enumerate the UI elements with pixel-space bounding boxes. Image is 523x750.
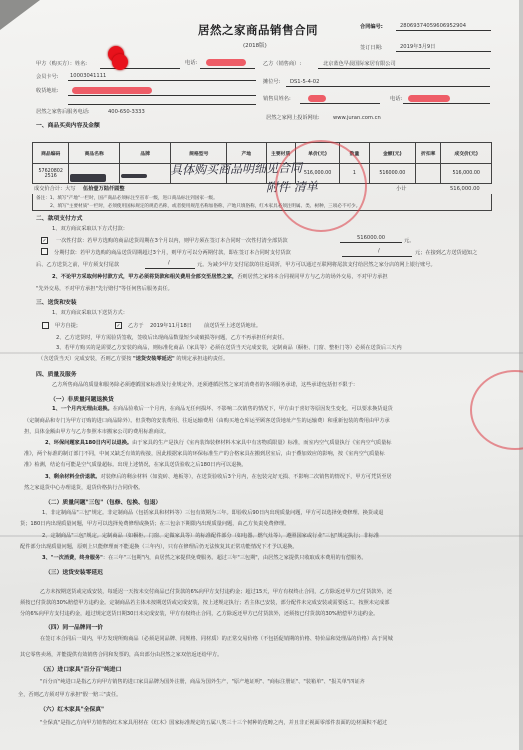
zero-delay-policy: "送货安装零延迟" — [133, 356, 175, 362]
delivery-tail: 前送货至上述送货地址。 — [204, 323, 261, 330]
sign-date-label: 签订日期: — [360, 45, 383, 52]
redaction-mark — [72, 87, 152, 94]
party-a-phone-label: 电话: — [185, 60, 197, 67]
cell-deal-price: 516,000.00 — [441, 164, 492, 184]
paper-fold — [0, 0, 40, 30]
sub1-2-line2: 准》，两个标准的制订部门不同，中间又缺乏有效的衔接，因此根据家具的环保标准生产的… — [24, 451, 385, 458]
sub4-line2: 其它零售卖场，并能提供有效销售合同和发票的，高出部分由居然之家双倍返还给甲方。 — [20, 652, 222, 659]
complaint-url-label: 居然之家网上投诉网址: — [266, 115, 320, 122]
member-card-label: 会员卡号: — [36, 74, 59, 81]
sub1-2-title: 2、环保问题家具180日内可以退换。 — [45, 440, 132, 446]
sub-heading-4: （四）同一品牌同一价 — [45, 622, 103, 631]
party-b-name: 北京蓝色早晨国际家居有限公司 — [323, 61, 396, 68]
note-1: 备注：1、填写"产地"一栏时，国产商品必须标注至省市一级，进口商品标注到国家一级… — [36, 195, 218, 202]
col-header: 商品编码 — [33, 143, 69, 164]
underline — [396, 30, 491, 31]
sub1-2-text: 由于家具的生产是执行《室内装饰装修材料木家具中有害物质限量》标准，而室内空气质量… — [132, 440, 391, 446]
sub2-3-title: 3、"一次消费，终身服务" — [42, 555, 103, 561]
redaction-mark — [408, 95, 450, 102]
redaction-mark — [308, 95, 326, 102]
cell-name — [69, 164, 120, 184]
underline — [68, 80, 256, 81]
installment-line2-tail: 元。为减少甲方支付尾款的往返周折，甲方可以通过互联网将尾款支付给居然之家分店的网… — [197, 262, 436, 269]
booth-no: DS1-5-4-02 — [290, 79, 319, 86]
cell-code: 57620802 2516 — [33, 164, 69, 184]
sub4-text: 在签订本合同后一周内，甲方发现所购商品（必须是同品牌、同规格、同材质）的正常交易… — [40, 636, 393, 643]
contract-title: 居然之家商品销售合同 — [198, 22, 318, 38]
col-header: 商品名称 — [69, 143, 120, 164]
sub1-3-title: 3、剩余材料全价退款。 — [45, 474, 101, 480]
underline — [100, 68, 180, 69]
contract-no-label: 合同编号: — [360, 24, 383, 31]
installment-payment-checkbox[interactable] — [41, 248, 48, 255]
delivery-rule-3: 3、若甲方购买的是需要乙方安装的商品，则标准化商品（家具等）必须在送货当天完成安… — [56, 345, 402, 352]
sub2-2: 2、定制商品"三包"规定。定制商品（如橱柜、门窗、定做家具等）的标准配件部分（如… — [42, 533, 379, 540]
col-header: 成交价(元) — [441, 143, 492, 164]
sub6-text: "全保真"是指乙方向甲方销售的红木家具用材在《红木》国家标准规定的五属八类三十三… — [40, 720, 387, 727]
installment-line2: 后、乙方送货之前，甲方须支付尾款 — [36, 262, 119, 269]
underline — [342, 256, 412, 257]
col-header: 品牌 — [119, 143, 171, 164]
quality-intro: 乙方所售商品的质量和服务除必须遵循国家标准及行业规定外，还须遵循居然之家对消费者… — [52, 382, 358, 389]
seller-phone-label: 电话: — [390, 96, 402, 103]
booth-label: 摊位号: — [263, 79, 280, 86]
one-time-payment-amount: 516000.00 — [357, 235, 385, 242]
delivery-rule-2: 2、乙方送货时，甲方需验货签收，签收后出现商品数量短少或破损等问题，乙方不再承担… — [56, 335, 288, 342]
sub2-2-line2: 配件部分出现质量问题，原则上只能修理而不能退换（三年内），只有在修理后仍无法恢复… — [20, 544, 298, 551]
sub1-1-line2: （定制商品和专门为甲方订购的进口商品除外）。但货物的安装费用、往返运输费用（由购… — [24, 418, 390, 425]
service-phone-label: 居然之家售后服务电话: — [36, 109, 90, 116]
cell-brand — [119, 164, 171, 184]
installment-amount: / — [378, 248, 380, 255]
party-b-label: 乙方（销售商）: — [263, 61, 301, 68]
col-header: 金额(元) — [369, 143, 416, 164]
sub5-text: "百分百"纯进口是指乙方向甲方销售的进口家具品牌为国外注册，商品为国外生产，"原… — [40, 679, 365, 686]
sub-heading-3: （三）送货安装零延迟 — [45, 567, 103, 576]
cell-discount — [416, 164, 441, 184]
member-card-no: 10003041111 — [70, 73, 106, 80]
self-pickup-label: 甲方自提； — [55, 323, 81, 330]
subtotal-value: 516,000.00 — [450, 186, 480, 193]
sub1-3-line2: 然之家退货中心办理退货，退货价格执行合同价格。 — [24, 485, 143, 492]
one-time-payment-text: 一次性付款：若甲方选购的商品送货周期在3个月以内，则甲方须在签订本合同时一次性付… — [56, 238, 288, 245]
payment-rule: 否则居然之家将本合同视同甲方与乙方的场外交易，不对甲方承担 — [237, 274, 387, 280]
sub-heading-5: （五）进口家具"百分百"纯进口 — [40, 664, 121, 673]
sub3-line2: 须按已付货款的30%赔偿甲方违约金。定制商品若主体未按期送货或完成安装，按上述规… — [20, 600, 389, 607]
seller-delivery-label: 乙方于 — [128, 323, 144, 330]
installment-tail: 元；在接到乙方送货通知之 — [415, 250, 477, 257]
total-in-words: 伍拾壹万陆仟圆整 — [83, 186, 125, 193]
sub1-1-title: 1、一个月内无理由退换。 — [52, 406, 113, 412]
one-time-payment-checkbox[interactable]: ✓ — [41, 237, 48, 244]
sub3-text: 乙方未按期送货或完成安装，每延迟一天按未交付商品已付货款的6%向甲方支付违约金；… — [40, 589, 392, 596]
col-header: 折扣率 — [416, 143, 441, 164]
contract-no: 28069374059606952904 — [400, 23, 466, 30]
underline — [340, 242, 402, 243]
seller-name-label: 销售员姓名: — [263, 96, 291, 103]
complaint-url: www.juran.com.cn — [333, 115, 381, 122]
party-a-name-label: 甲方（购买方）：姓名: — [36, 61, 87, 68]
seal-stamp-edge — [470, 370, 523, 450]
underline — [200, 68, 255, 69]
underline — [300, 103, 380, 104]
paper-crease — [0, 352, 523, 354]
subtotal-label: 小计 — [396, 186, 406, 193]
redaction-mark — [206, 59, 246, 66]
total-label: 成交价合计：大写 — [34, 186, 76, 193]
sign-date: 2019年3月9日 — [400, 44, 435, 51]
balance-amount: / — [168, 260, 170, 267]
sub2-1-line2: 货；180日内出现质量问题，甲方可以选择免费修理或换货；在三包余下期限内出现质量… — [20, 521, 289, 528]
underline — [318, 68, 490, 69]
self-pickup-checkbox[interactable] — [42, 322, 49, 329]
delivery-rule-3-l2b: 的规定承担违约责任。 — [176, 356, 228, 362]
delivery-date: 2019年11月18日 — [150, 323, 192, 330]
contract-photo: 居然之家商品销售合同 (2018版) 合同编号: 280693740596069… — [0, 0, 523, 750]
installment-text: 分期付款：若甲方选购的商品送货周期超过3个月，则甲方可以分两期付款，即在签订本合… — [54, 250, 291, 257]
payment-rule-bold: 2、不论甲方采取何种付款方式，甲方必须将货款和相关费用全部交至居然之家， — [52, 274, 237, 280]
underline — [68, 104, 256, 105]
underline — [145, 268, 195, 269]
contract-edition: (2018版) — [243, 43, 267, 50]
underline — [396, 51, 491, 52]
sub3-line3: 分的6%向甲方支付违约金，超过规定送货日期30日未完成安装，甲方有权终止合同，乙… — [20, 611, 378, 618]
payment-intro: 1、双方商议采取以下方式付款： — [52, 226, 128, 233]
sub1-3-text: 对装修后的剩余材料（如瓷砖、地板等），在送货验收后3个月内，在包装完好无损、不影… — [101, 474, 392, 480]
section-4-heading: 四、质量及服务 — [36, 369, 77, 378]
cell-amount: 516000.00 — [369, 164, 416, 184]
yuan-unit: 元。 — [404, 238, 414, 245]
underline — [286, 86, 490, 87]
section-1-heading: 一、商品买卖内容及金额 — [36, 120, 100, 129]
seller-delivery-checkbox[interactable]: ✓ — [115, 322, 122, 329]
sub-heading-1: （一）非质量问题退换货 — [50, 394, 114, 403]
sub1-2-line3: 准》检测，结论有可能是空气质量超标。出现上述情况，在家具送货验收之后180日内可… — [24, 462, 247, 469]
delivery-rule-3-l2a: （含送货当天）完成安装，否则乙方要按 — [38, 356, 131, 362]
sub1-1-line3: 担，具体金额由甲方与乙方参照本市搬家公司的费用标准商议。 — [24, 429, 169, 436]
delivery-intro: 1、双方商议采取以下送货方式： — [52, 310, 128, 317]
section-3-heading: 三、送货和安装 — [36, 297, 77, 306]
sub2-1: 1、非定制商品"三包"规定。非定制商品（包括家具和材料等）三包有效期为三年。即验… — [42, 510, 384, 517]
sub1-1-text: 在商品验收后一个月内，在商品无任何损坏、不影响二次销售的情况下，甲方由于喜好等原… — [113, 406, 393, 412]
sub-heading-6: （六）红木家具"全保真" — [40, 704, 104, 713]
divider — [32, 183, 492, 184]
sub5-line2: 全，否则乙方须对甲方承担"假一赔三"责任。 — [18, 692, 121, 699]
payment-rule-line2: "先外交易，不对甲方承担"先行赔付"等任何售后服务责任。 — [36, 286, 173, 293]
underline — [68, 95, 256, 96]
service-phone: 400-650-3333 — [108, 109, 145, 116]
sub-heading-2: （二）质量问题"三包"（包修、包换、包退） — [45, 497, 161, 506]
section-2-heading: 二、款项支付方式 — [36, 213, 82, 222]
underline — [403, 103, 490, 104]
company-seal-stamp — [275, 140, 367, 232]
sub2-3-text: ：在三年"三包期"内，由居然之家提供免费服务。超过三年"三包期"，由居然之家提供… — [103, 555, 367, 561]
delivery-address-label: 收货地址: — [36, 88, 59, 95]
privacy-dot — [112, 54, 128, 70]
